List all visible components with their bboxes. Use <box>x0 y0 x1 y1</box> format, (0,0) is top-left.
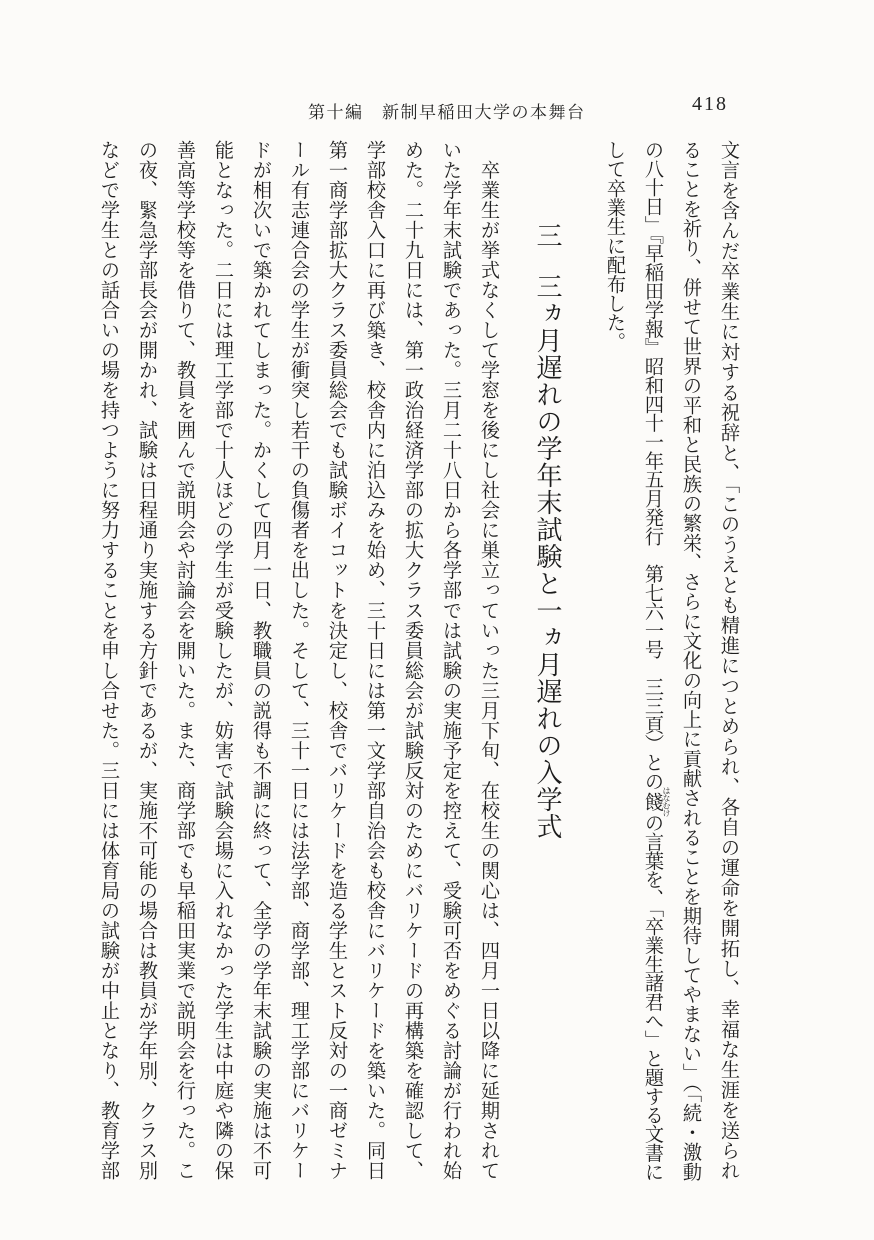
text-line: 善高等学校等を借りて、教員を囲んで説明会や討論会を開いた。また、商学部でも早稲田… <box>165 140 203 1180</box>
text-line: 能となった。二日には理工学部で十人ほどの学生が受験したが、妨害で試験会場に入れな… <box>203 140 241 1180</box>
text-line: 学部校舎入口に再び築き、校舎内に泊込みを始め、三十日には第一文学部自治会も校舎に… <box>355 140 393 1180</box>
paragraph-continuation: 文言を含んだ卒業生に対する祝辞と、「このうえとも精進につとめられ、各自の運命を開… <box>595 140 747 1180</box>
section-number: 三 <box>533 222 562 249</box>
page-number: 418 <box>692 93 728 116</box>
text-line-with-ruby: の八十日」『早稲田学報』昭和四十一年五月発行 第七六一号 三三頁）との餞はなむけ… <box>633 140 671 1180</box>
text-line: などで学生との話合いの場を持つように努力することを申し合せた。三日には体育局の試… <box>89 140 127 1180</box>
main-text-block: 文言を含んだ卒業生に対する祝辞と、「このうえとも精進につとめられ、各自の運命を開… <box>47 140 747 1180</box>
text-line: いた学年末試験であった。三月二十八日から各学部では試験の実施予定を控えて、受験可… <box>431 140 469 1180</box>
text-line: ール有志連合会の学生が衝突し若干の負傷者を出した。そして、三十一日には法学部、商… <box>279 140 317 1180</box>
book-page: 第十編 新制早稲田大学の本舞台 418 文言を含んだ卒業生に対する祝辞と、「この… <box>0 0 874 1240</box>
text-line: 文言を含んだ卒業生に対する祝辞と、「このうえとも精進につとめられ、各自の運命を開… <box>709 140 747 1180</box>
paragraph-body: 卒業生が挙式なくして学窓を後にし社会に巣立っていった三月下旬、在校生の関心は、四… <box>89 140 507 1180</box>
ruby-hanamuke: 餞はなむけ <box>642 790 663 812</box>
text-line: して卒業生に配布した。 <box>595 140 633 1180</box>
text-line: 卒業生が挙式なくして学窓を後にし社会に巣立っていった三月下旬、在校生の関心は、四… <box>469 140 507 1180</box>
text-line: の夜、緊急学部長会が開かれ、試験は日程通り実施する方針であるが、実施不可能の場合… <box>127 140 165 1180</box>
text-line: めた。二十九日には、第一政治経済学部の拡大クラス委員総会が試験反対のためにバリケ… <box>393 140 431 1180</box>
section-heading: 三三ヵ月遅れの学年末試験と一ヵ月遅れの入学式 <box>525 140 569 1180</box>
text-line: 第一商学部拡大クラス委員総会でも試験ボイコットを決定し、校舎でバリケードを造る学… <box>317 140 355 1180</box>
section-title: 三ヵ月遅れの学年末試験と一ヵ月遅れの入学式 <box>533 273 562 840</box>
ruby-annotation: はなむけ <box>662 786 671 816</box>
text-after-ruby: の言葉を、「卒業生諸君へ」と題する文書に <box>642 812 663 1180</box>
text-line: ドが相次いで築かれてしまった。かくして四月一日、教職員の説得も不調に終って、全学… <box>241 140 279 1180</box>
running-head: 第十編 新制早稲田大学の本舞台 <box>308 98 586 123</box>
text-line: ることを祈り、併せて世界の平和と民族の繁栄、さらに文化の向上に貢献されることを期… <box>671 140 709 1180</box>
citation-text: の八十日」『早稲田学報』昭和四十一年五月発行 第七六一号 三三頁）との <box>642 140 663 790</box>
